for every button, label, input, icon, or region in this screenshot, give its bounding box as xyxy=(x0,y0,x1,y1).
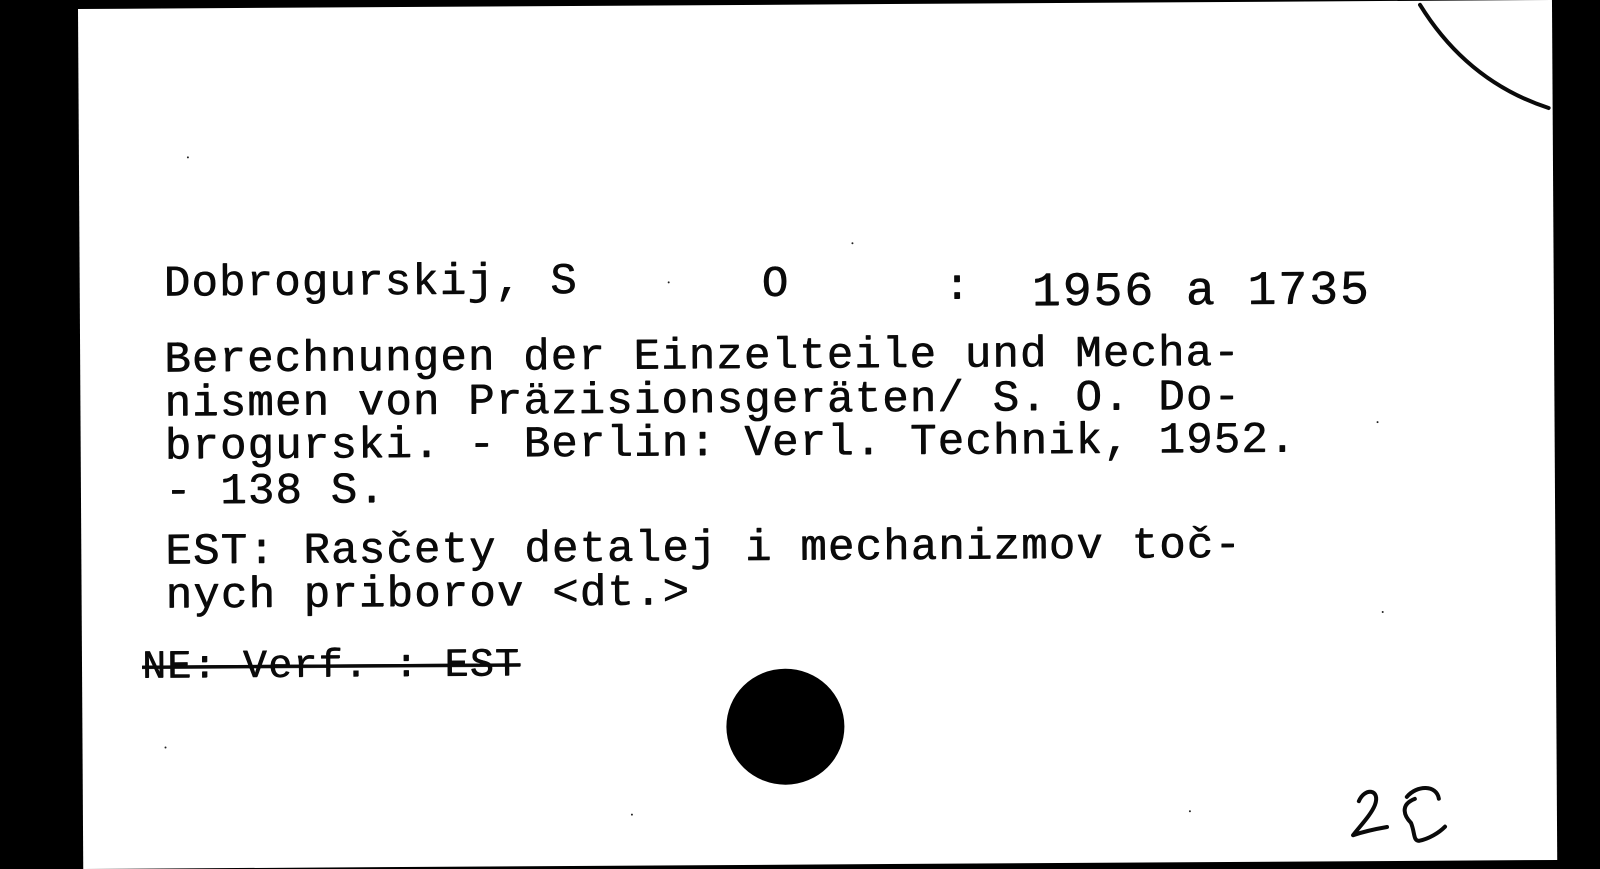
punch-hole xyxy=(726,668,845,785)
scan-speck xyxy=(187,156,189,158)
scan-speck xyxy=(1377,421,1379,423)
scan-speck xyxy=(1382,611,1384,613)
scan-speck xyxy=(165,746,167,748)
card-heading-separator: : xyxy=(944,266,972,310)
scan-speck xyxy=(1189,810,1191,812)
call-number: 1956 a 1735 xyxy=(1032,267,1371,317)
scan-speck xyxy=(851,242,853,244)
card-heading-author: Dobrogurskij, S xyxy=(164,260,578,307)
catalog-card: Dobrogurskij, S O : 1956 a 1735 Berechnu… xyxy=(78,0,1557,848)
card-heading-initial: O xyxy=(762,263,790,307)
scan-speck xyxy=(631,814,633,816)
entry-line-6: nych priborov <dt.> xyxy=(165,571,690,618)
scanned-image: Dobrogurskij, S O : 1956 a 1735 Berechnu… xyxy=(0,0,1600,848)
struck-through-note: NE: Verf. : EST xyxy=(142,646,520,688)
entry-line-4: - 138 S. xyxy=(165,469,386,514)
handwritten-mark: 22 xyxy=(1345,779,1455,848)
entry-line-5: EST: Rasčety detalej i mechanizmov toč- xyxy=(165,524,1242,575)
scan-speck xyxy=(668,281,670,283)
entry-line-3: brogurski. - Berlin: Verl. Technik, 1952… xyxy=(165,419,1297,470)
corner-curve-mark xyxy=(1418,0,1559,121)
